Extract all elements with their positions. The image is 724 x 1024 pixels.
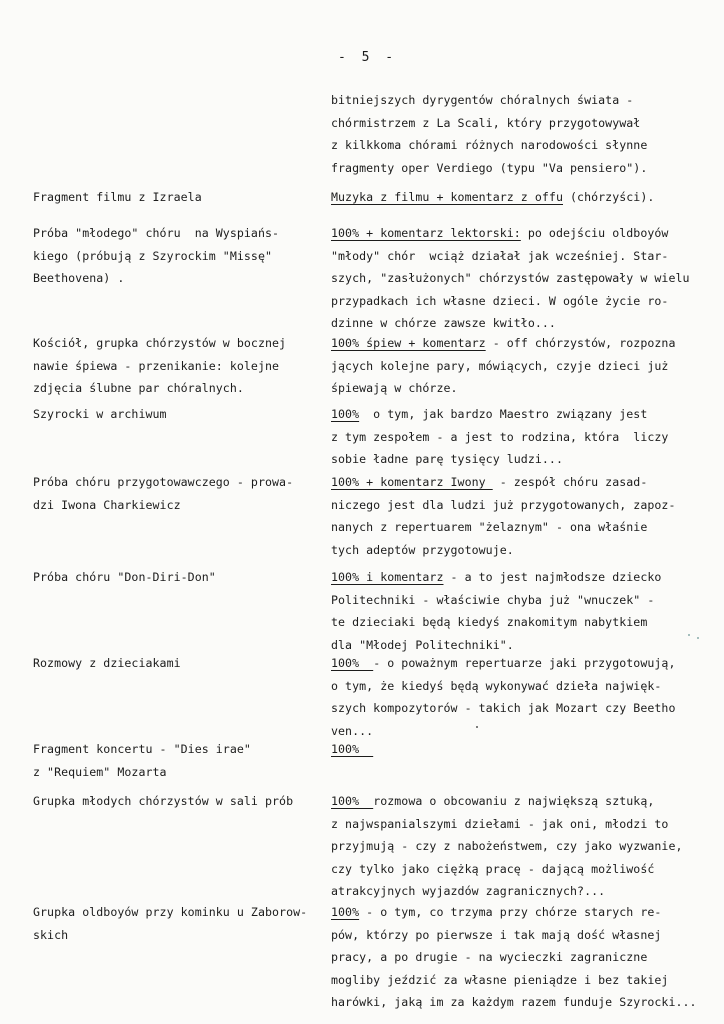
sound-note: 100% - o tym, co trzyma przy chórze star… (331, 901, 661, 924)
scene-description: Kościół, grupka chórzystów w bocznej (33, 332, 286, 355)
sound-note: te dzieciaki będą kiedyś znakomitym naby… (331, 611, 647, 634)
sound-note: przypadkach ich własne dzieci. W ogóle ż… (331, 290, 668, 313)
sound-note-text: pracy, a po drugie - na wycieczki zagran… (331, 950, 647, 964)
intro-line: z kilkkoma chórami różnych narodowości s… (331, 134, 647, 157)
scene-description: Grupka młodych chórzystów w sali prób (33, 790, 293, 813)
sound-cue-underlined: 100% (331, 656, 373, 670)
typewritten-page: - 5 - bitniejszych dyrygentów chóralnych… (0, 0, 724, 1024)
scene-description: kiego (próbują z Szyrockim "Missę" (33, 245, 272, 268)
sound-note-text: te dzieciaki będą kiedyś znakomitym naby… (331, 615, 647, 629)
scene-description: Próba chóru "Don-Diri-Don" (33, 566, 216, 589)
sound-note: czy tylko jako ciężką pracę - dającą moż… (331, 858, 654, 881)
scene-description: nawie śpiewa - przenikanie: kolejne (33, 355, 279, 378)
sound-note: 100% + komentarz lektorski: po odejściu … (331, 222, 668, 245)
sound-note-text: szych, "zasłużonych" chórzystów zastępow… (331, 271, 690, 285)
sound-note: szych, "zasłużonych" chórzystów zastępow… (331, 267, 690, 290)
sound-note-text: - a to jest najmłodsze dziecko (443, 570, 661, 584)
sound-cue-underlined: 100% (331, 407, 359, 421)
sound-note: tych adeptów przygotowuje. (331, 539, 514, 562)
sound-note: 100% i komentarz - a to jest najmłodsze … (331, 566, 661, 589)
sound-note: przyjmują - czy z nabożeństwem, czy jako… (331, 835, 683, 858)
sound-note: pracy, a po drugie - na wycieczki zagran… (331, 946, 647, 969)
scene-description: Szyrocki w archiwum (33, 403, 167, 426)
scan-speck (697, 637, 699, 639)
scene-description: dzi Iwona Charkiewicz (33, 494, 181, 517)
sound-cue-underlined: 100% i komentarz (331, 570, 443, 584)
sound-note: jących kolejne pary, mówiących, czyje dz… (331, 355, 668, 378)
sound-cue-underlined: Muzyka z filmu + komentarz z offu (331, 190, 563, 204)
sound-cue-underlined: 100% śpiew + komentarz (331, 336, 486, 350)
sound-note-text: nanych z repertuarem "żelaznym" - ona wł… (331, 520, 647, 534)
sound-note-text: sobie ładne parę tysięcy ludzi... (331, 452, 563, 466)
sound-note: z tym zespołem - a jest to rodzina, któr… (331, 426, 668, 449)
scene-description: Próba chóru przygotowawczego - prowa- (33, 471, 293, 494)
sound-cue-underlined: 100% (331, 794, 373, 808)
sound-note: szych kompozytorów - takich jak Mozart c… (331, 697, 675, 720)
scene-description: z "Requiem" Mozarta (33, 761, 167, 784)
sound-note: 100% śpiew + komentarz - off chórzystów,… (331, 332, 675, 355)
scan-speck (476, 726, 478, 728)
sound-note: atrakcyjnych wyjazdów zagranicznych?... (331, 880, 605, 903)
sound-note-text: czy tylko jako ciężką pracę - dającą moż… (331, 862, 654, 876)
sound-note: Muzyka z filmu + komentarz z offu (chórz… (331, 186, 654, 209)
sound-note-text: dzinne w chórze zawsze kwitło... (331, 316, 556, 330)
sound-note-text: śpiewają w chórze. (331, 381, 458, 395)
sound-note-text: dla "Młodej Politechniki". (331, 638, 514, 652)
sound-note-text: Politechniki - właściwie chyba już "wnuc… (331, 593, 654, 607)
scene-description: Rozmowy z dzieciakami (33, 652, 181, 675)
scene-description: zdjęcia ślubne par chóralnych. (33, 377, 244, 400)
sound-note: mogliby jeździć za własne pieniądze i be… (331, 969, 668, 992)
sound-note: nanych z repertuarem "żelaznym" - ona wł… (331, 516, 647, 539)
sound-note-text: przyjmują - czy z nabożeństwem, czy jako… (331, 839, 683, 853)
sound-cue-underlined: 100% (331, 905, 359, 919)
sound-note-text: pów, którzy po pierwsze i tak mają dość … (331, 928, 661, 942)
sound-note: pów, którzy po pierwsze i tak mają dość … (331, 924, 661, 947)
sound-note-text: "młody" chór wciąż działał jak wcześniej… (331, 249, 668, 263)
sound-note-text: - o poważnym repertuarze jaki przygotowu… (373, 656, 675, 670)
scene-description: Beethovena) . (33, 267, 124, 290)
sound-note-text: szych kompozytorów - takich jak Mozart c… (331, 701, 675, 715)
scene-description: Grupka oldboyów przy kominku u Zaborow- (33, 901, 307, 924)
sound-note: "młody" chór wciąż działał jak wcześniej… (331, 245, 668, 268)
sound-note: harówki, jaką im za każdym razem funduje… (331, 991, 697, 1014)
sound-note: 100% + komentarz Iwony - zespół chóru za… (331, 471, 647, 494)
sound-note-text: mogliby jeździć za własne pieniądze i be… (331, 973, 668, 987)
sound-note: 100% o tym, jak bardzo Maestro związany … (331, 403, 647, 426)
sound-note: 100% rozmowa o obcowaniu z największą sz… (331, 790, 654, 813)
sound-note: o tym, że kiedyś będą wykonywać dzieła n… (331, 675, 661, 698)
intro-line: chórmistrzem z La Scali, który przygotow… (331, 112, 640, 135)
scan-speck (688, 634, 690, 636)
sound-note-text: o tym, jak bardzo Maestro związany jest (359, 407, 647, 421)
sound-note: niczego jest dla ludzi już przygotowanyc… (331, 494, 675, 517)
sound-note: śpiewają w chórze. (331, 377, 458, 400)
intro-line: fragmenty oper Verdiego (typu "Va pensie… (331, 157, 647, 180)
intro-line: bitniejszych dyrygentów chóralnych świat… (331, 89, 633, 112)
sound-note-text: atrakcyjnych wyjazdów zagranicznych?... (331, 884, 605, 898)
sound-note-text: z tym zespołem - a jest to rodzina, któr… (331, 430, 668, 444)
sound-note: 100% - o poważnym repertuarze jaki przyg… (331, 652, 675, 675)
scene-description: Fragment koncertu - "Dies irae" (33, 738, 251, 761)
scene-description: Próba "młodego" chóru na Wyspiańs- (33, 222, 279, 245)
sound-note: Politechniki - właściwie chyba już "wnuc… (331, 589, 654, 612)
sound-note-text: - zespół chóru zasad- (493, 475, 648, 489)
sound-note-text: - off chórzystów, rozpozna (486, 336, 676, 350)
sound-note-text: o tym, że kiedyś będą wykonywać dzieła n… (331, 679, 661, 693)
sound-note-text: (chórzyści). (563, 190, 654, 204)
sound-note-text: tych adeptów przygotowuje. (331, 543, 514, 557)
sound-note: sobie ładne parę tysięcy ludzi... (331, 448, 563, 471)
sound-note-text: harówki, jaką im za każdym razem funduje… (331, 995, 697, 1009)
sound-cue-underlined: 100% + komentarz Iwony (331, 475, 493, 489)
sound-note-text: rozmowa o obcowaniu z największą sztuką, (373, 794, 654, 808)
scene-description: Fragment filmu z Izraela (33, 186, 202, 209)
page-number: - 5 - (338, 50, 397, 65)
sound-note: z najwspanialszymi dziełami - jak oni, m… (331, 813, 668, 836)
sound-note-text: z najwspanialszymi dziełami - jak oni, m… (331, 817, 668, 831)
sound-note-text: niczego jest dla ludzi już przygotowanyc… (331, 498, 675, 512)
sound-cue-underlined: 100% + komentarz lektorski: (331, 226, 521, 240)
scene-description: skich (33, 924, 68, 947)
sound-note-text: przypadkach ich własne dzieci. W ogóle ż… (331, 294, 668, 308)
sound-note-text: jących kolejne pary, mówiących, czyje dz… (331, 359, 668, 373)
sound-note-text: po odejściu oldboyów (521, 226, 669, 240)
sound-note-text: ven... (331, 724, 373, 738)
sound-note: 100% (331, 738, 373, 761)
sound-note-text: - o tym, co trzyma przy chórze starych r… (359, 905, 661, 919)
sound-cue-underlined: 100% (331, 742, 373, 756)
